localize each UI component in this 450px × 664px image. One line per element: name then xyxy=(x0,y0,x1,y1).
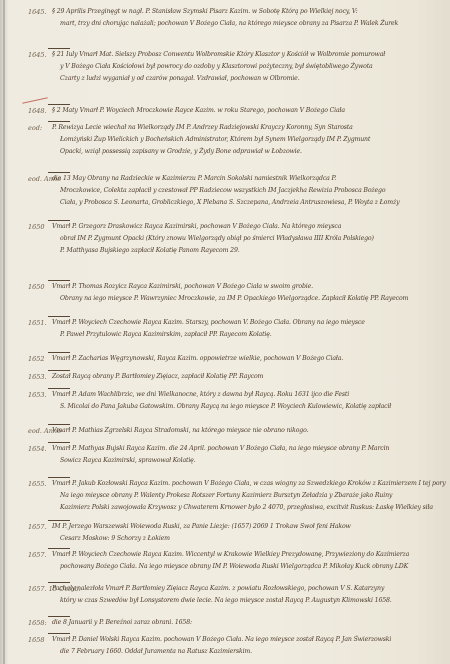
entry-text-line: Mroczkowice, Colekta zapłacił y czestowa… xyxy=(60,187,385,194)
entry-text-line: § 29 Aprilis Przeginęgt w nagł. P. Stani… xyxy=(52,8,358,15)
entry-year: 1658: xyxy=(28,619,47,627)
entry-text-line: Vmarł P. Thomas Rozyicz Rayca Kazimirski… xyxy=(52,283,313,290)
entry-text-line: P. Paweł Przytulowic Rayca Kazimirskim, … xyxy=(60,331,272,338)
entry-text-line: die 7 February 1660. Oddał Juramenta na … xyxy=(60,648,252,655)
entry-text-line: pochowany Bożego Ciała. Na iego mieysce … xyxy=(60,563,408,570)
entry-text-line: Na iego mieysce obrany P. Walenty Prokes… xyxy=(60,492,392,499)
entry-text-line: Vmarł P. Adam Wachlibrzic, we dni Wielka… xyxy=(52,391,349,398)
entry-text-line: Czarty z ludzi wyganiał y od czarów pona… xyxy=(60,75,300,82)
entry-separator-rule xyxy=(48,388,70,389)
manuscript-page: 1645.§ 29 Aprilis Przeginęgt w nagł. P. … xyxy=(0,0,450,664)
entry-year: 1655. xyxy=(28,480,47,488)
entry-text-line: Kazimierz Polski zawojowała Krzywosz y C… xyxy=(60,504,433,511)
entry-separator-rule xyxy=(48,280,70,281)
entry-separator-rule xyxy=(48,121,70,122)
entry-separator-rule xyxy=(48,424,70,425)
entry-text-line: S. Micolai do Pana Jakuba Gatowskim. Obr… xyxy=(60,403,391,410)
entry-year: eod: xyxy=(28,124,42,132)
entry-year: 1645. xyxy=(28,8,47,16)
entry-text-line: Został Raycą obrany P. Bartłomiey Zięiac… xyxy=(52,373,263,380)
entry-text-line: § 2 Maty Vmarł P. Woyciech Mroczkowie Ra… xyxy=(52,107,345,114)
entry-year: 1657. xyxy=(28,551,47,559)
entry-text-line: IM P. Jerzego Warszewski Woiewoda Ruski,… xyxy=(52,523,351,530)
entry-text-line: die 8 Januarii y P. Bereźnoi zaraz obran… xyxy=(52,619,192,626)
entry-text-line: Vmarł P. Woyciech Czechowie Rayca Kazim.… xyxy=(52,551,409,558)
entry-year: 1651. xyxy=(28,319,47,327)
entry-year: 1657. xyxy=(28,523,47,531)
entry-text-line: mart, trzy dni chorując nalażali; pochow… xyxy=(60,20,398,27)
entry-separator-rule xyxy=(48,104,70,105)
entry-separator-rule xyxy=(48,616,70,617)
entry-separator-rule xyxy=(48,316,70,317)
entry-text-line: Vmarł P. Zacharias Węgrzynowski, Rayca K… xyxy=(52,355,343,362)
entry-text-line: Ciała, y Probosca S. Leonarta, Grobliczk… xyxy=(60,199,399,206)
entry-text-line: Łomżyński Żup Wielickich y Bocheńskich A… xyxy=(60,136,370,143)
entry-separator-rule xyxy=(48,477,70,478)
entry-year: 1650 xyxy=(28,223,45,231)
entry-text-line: Cesarz Moskow: 9 Schorzy z Łokiem xyxy=(60,535,170,542)
entry-year: 1653. xyxy=(28,373,47,381)
entry-text-line: Pachaly nalezłoła Vmarł P. Bartłomiey Zi… xyxy=(52,585,384,592)
page-binding-edge xyxy=(3,0,5,664)
entry-separator-rule xyxy=(48,582,70,583)
entry-text-line: Opacki, wziął possessią zapisany w Grodz… xyxy=(60,148,302,155)
entry-year: 1650 xyxy=(28,283,45,291)
entry-separator-rule xyxy=(48,442,70,443)
entry-text-line: Vmarł P. Mathyas Bujski Rayca Kazim. die… xyxy=(52,445,389,452)
entry-separator-rule xyxy=(48,633,70,634)
entry-year: 1658 xyxy=(28,636,45,644)
entry-text-line: Vmarł P. Daniel Wolski Rayca Kazim. poch… xyxy=(52,636,391,643)
entry-text-line: § 21 Iuly Vmarł Mat. Sielszy Probosz Con… xyxy=(52,51,385,58)
entry-separator-rule xyxy=(48,520,70,521)
entry-separator-rule xyxy=(48,48,70,49)
entry-separator-rule xyxy=(48,172,70,173)
entry-text-line: obrał IM P. Zygmunt Opacki (Który znowu … xyxy=(60,235,374,242)
entry-separator-rule xyxy=(48,352,70,353)
entry-separator-rule xyxy=(48,220,70,221)
entry-text-line: Vmarł P. Mathias Zgrzelski Rayca Stradom… xyxy=(52,427,308,434)
entry-text-line: Vmarł P. Jakub Kozłowski Rayca Kazim. po… xyxy=(52,480,446,487)
entry-separator-rule xyxy=(48,548,70,549)
entry-text-line: który w czas Szwedów był Lonsystorem dwi… xyxy=(60,597,392,604)
red-ink-mark xyxy=(22,97,48,103)
entry-year: 1653. xyxy=(28,391,47,399)
entry-separator-rule xyxy=(48,370,70,371)
entry-text-line: P. Rewizya Lecie wiechał na Wielkorządy … xyxy=(52,124,353,131)
entry-year: 1654. xyxy=(28,445,47,453)
entry-year: 1645. xyxy=(28,51,47,59)
entry-text-line: Vmarł P. Grzegorz Draskowicz Rayca Kazim… xyxy=(52,223,341,230)
entry-text-line: Vmarł P. Woyciech Czechowie Rayca Kazim.… xyxy=(52,319,365,326)
entry-text-line: die 13 May Obrany na Radzieckie w Kazimi… xyxy=(52,175,336,182)
entry-year: 1652 xyxy=(28,355,45,363)
entry-text-line: Sowicz Rayca Kazimirski, sprawował Kolat… xyxy=(60,457,196,464)
entry-text-line: P. Matthyasa Bujskiego zapłacił Kolatię … xyxy=(60,247,240,254)
entry-year: 1648. xyxy=(28,107,47,115)
entry-text-line: Obrany na iego mieysce P. Wawrzyniec Mro… xyxy=(60,295,408,302)
entry-text-line: y V Bożego Ciała Kościołowi był powrocy … xyxy=(60,63,373,70)
